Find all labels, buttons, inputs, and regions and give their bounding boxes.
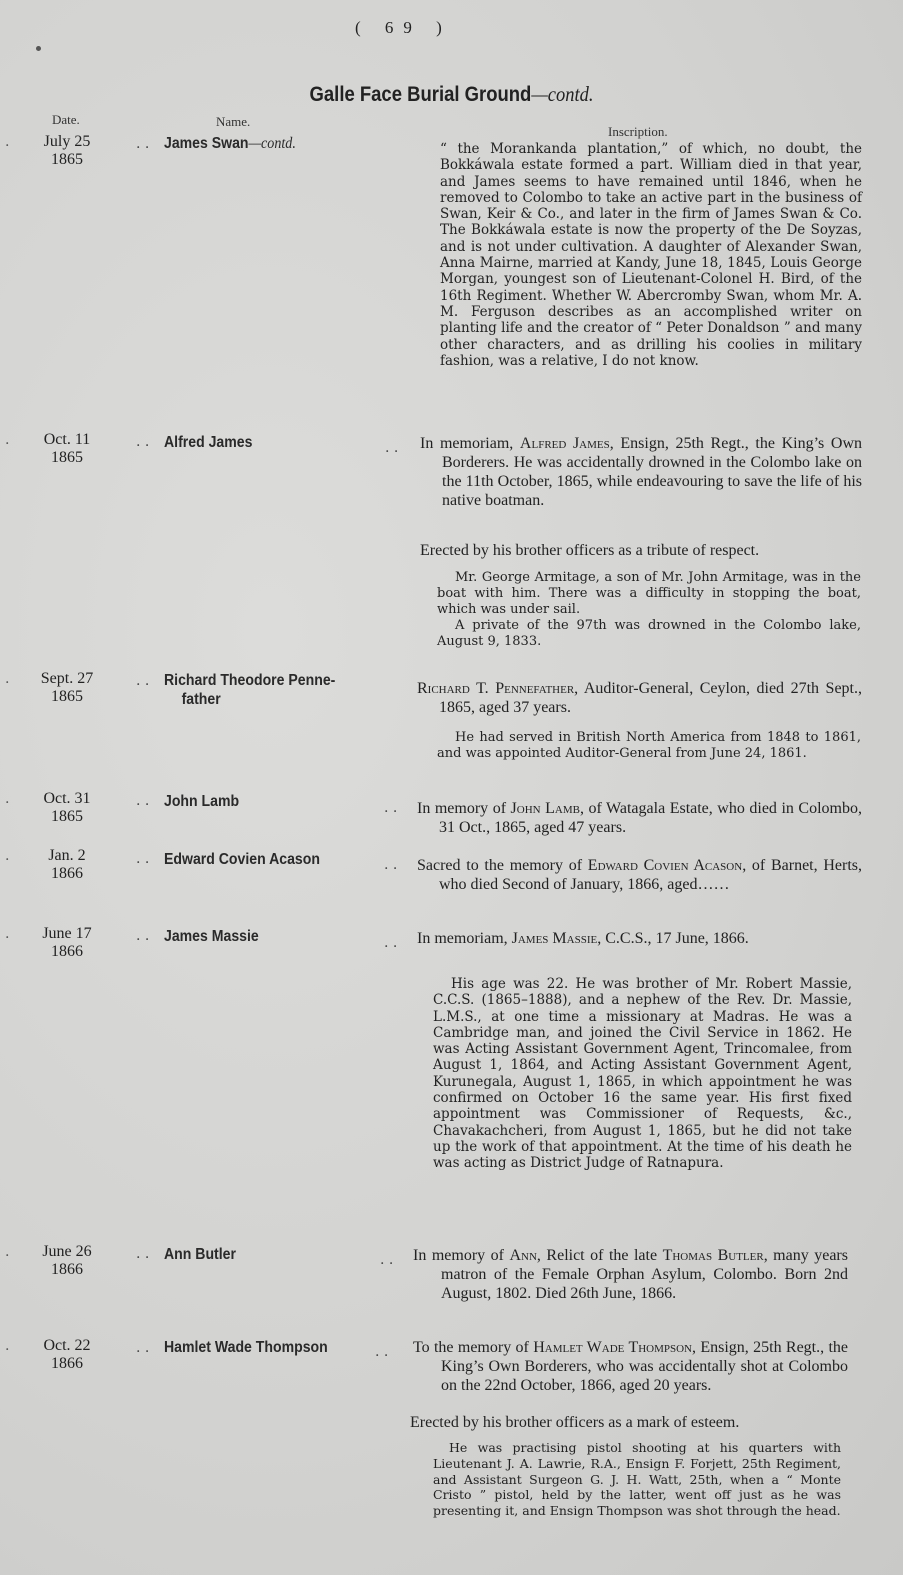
annotation: His age was 22. He was brother of Mr. Ro… — [433, 976, 852, 1172]
entry-date: Jan. 21866 — [27, 847, 107, 883]
entry-name: Hamlet Wade Thompson — [164, 1338, 328, 1357]
column-header-inscription: Inscription. — [608, 124, 668, 140]
margin-tick: . — [5, 1244, 9, 1260]
leader-dots: . . — [136, 673, 149, 689]
column-header-name: Name. — [216, 114, 250, 130]
entry-name: James Swan—contd. — [164, 134, 296, 153]
leader-dots: . . — [136, 434, 149, 450]
margin-tick: . — [5, 791, 9, 807]
title-text: Galle Face Burial Ground — [310, 83, 532, 106]
title-suffix: —contd. — [531, 82, 593, 106]
inscription-text: To the memory of Hamlet Wade Thompson, E… — [413, 1338, 848, 1395]
entry-date: Sept. 271865 — [27, 670, 107, 706]
margin-tick: . — [5, 848, 9, 864]
erected-line: Erected by his brother officers as a mar… — [410, 1413, 850, 1432]
leader-dots: . . — [136, 136, 149, 152]
column-header-date: Date. — [52, 112, 80, 128]
leader-dots: . . — [375, 1344, 388, 1360]
entry-name: Ann Butler — [164, 1245, 236, 1264]
leader-dots: . . — [384, 935, 397, 951]
entry-date: Oct. 111865 — [27, 431, 107, 467]
inscription-text: In memoriam, James Massie, C.C.S., 17 Ju… — [417, 929, 862, 948]
ink-speck — [36, 46, 41, 51]
annotation: He was practising pistol shooting at his… — [433, 1440, 841, 1519]
entry-name: John Lamb — [164, 792, 239, 811]
margin-tick: . — [5, 926, 9, 942]
leader-dots: . . — [385, 440, 398, 456]
margin-tick: . — [5, 432, 9, 448]
entry-date: July 251865 — [27, 133, 107, 169]
margin-tick: . — [5, 134, 9, 150]
entry-date: Oct. 221866 — [27, 1337, 107, 1373]
leader-dots: . . — [136, 1340, 149, 1356]
erected-line: Erected by his brother officers as a tri… — [420, 541, 862, 560]
entry-name: Alfred James — [164, 433, 252, 452]
leader-dots: . . — [136, 851, 149, 867]
entry-date: June 171866 — [27, 925, 107, 961]
leader-dots: . . — [380, 1252, 393, 1268]
margin-tick: . — [5, 671, 9, 687]
inscription-text: Sacred to the memory of Edward Covien Ac… — [417, 856, 862, 894]
annotation: He had served in British North America f… — [437, 730, 861, 762]
inscription-text: In memory of Ann, Relict of the late Tho… — [413, 1246, 848, 1303]
page-number: ( 69 ) — [355, 18, 452, 38]
entry-name: Richard Theodore Penne-father — [164, 671, 335, 709]
leader-dots: . . — [136, 928, 149, 944]
page-title: Galle Face Burial Ground—contd. — [54, 82, 849, 107]
inscription-text: In memoriam, Alfred James, Ensign, 25th … — [420, 434, 862, 510]
leader-dots: . . — [384, 857, 397, 873]
entry-date: June 261866 — [27, 1243, 107, 1279]
inscription-text: “ the Morankanda plantation,” of which, … — [440, 141, 862, 369]
entry-date: Oct. 311865 — [27, 790, 107, 826]
leader-dots: . . — [136, 1246, 149, 1262]
annotation: Mr. George Armitage, a son of Mr. John A… — [437, 570, 861, 650]
entry-name: James Massie — [164, 927, 259, 946]
margin-tick: . — [5, 1338, 9, 1354]
inscription-text: Richard T. Pennefather, Auditor-General,… — [417, 679, 862, 717]
leader-dots: . . — [136, 793, 149, 809]
entry-name: Edward Covien Acason — [164, 850, 320, 869]
inscription-text: In memory of John Lamb, of Watagala Esta… — [417, 799, 862, 837]
leader-dots: . . — [384, 800, 397, 816]
